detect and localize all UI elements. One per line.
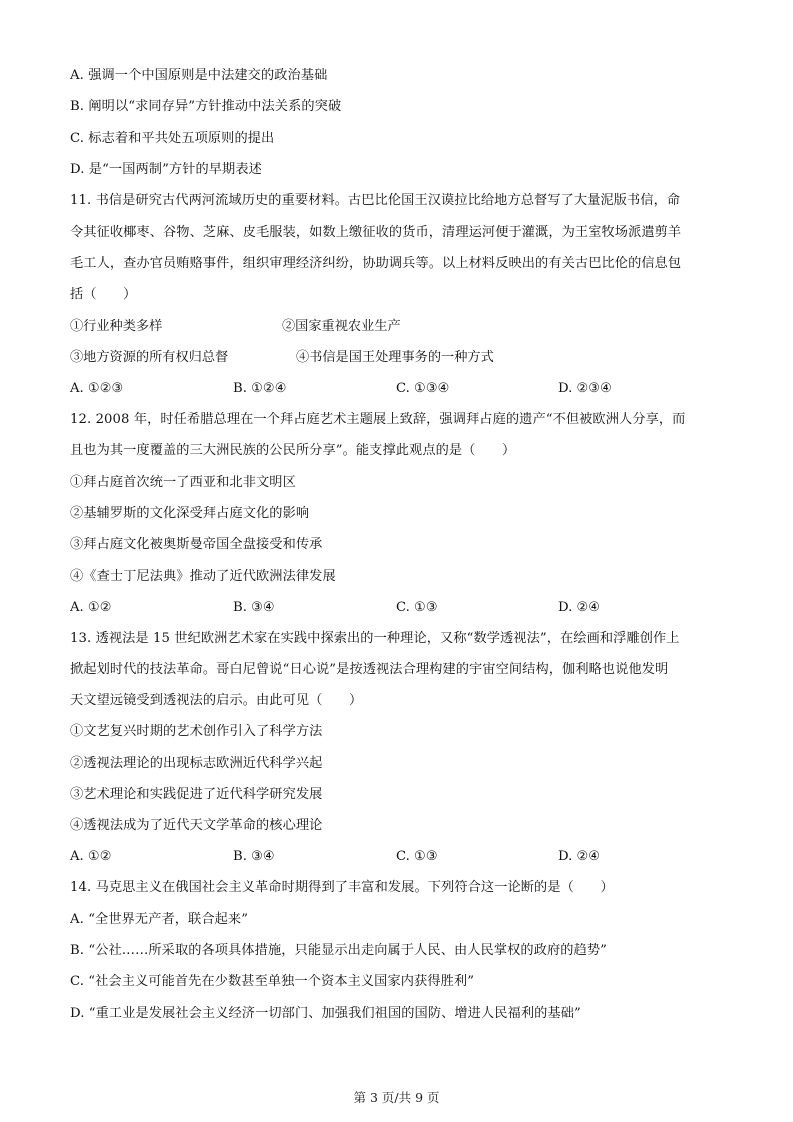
q13-choice-c: C. ①③ (396, 848, 438, 866)
q11-choice-a: A. ①②③ (70, 380, 123, 398)
q12-statement-3: ③拜占庭文化被奥斯曼帝国全盘接受和传承 (70, 536, 322, 554)
q14-option-c: C. “社会主义可能首先在少数甚至单独一个资本主义国家内获得胜利” (70, 973, 474, 991)
q14-option-b: B. “公社……所采取的各项具体措施，只能显示出走向属于人民、由人民掌权的政府的… (70, 942, 607, 960)
q13-choice-a: A. ①② (70, 848, 112, 866)
q12-stem-line-1: 12. 2008 年，时任希腊总理在一个拜占庭艺术主题展上致辞，强调拜占庭的遗产… (70, 411, 685, 429)
q13-statement-1: ①文艺复兴时期的艺术创作引入了科学方法 (70, 723, 322, 741)
q11-statement-4: ④书信是国王处理事务的一种方式 (296, 349, 494, 367)
q11-stem-line-4: 括（ ） (70, 286, 136, 304)
q11-choice-d: D. ②③④ (558, 380, 612, 398)
q11-stem-line-1: 11. 书信是研究古代两河流域历史的重要材料。古巴比伦国王汉谟拉比给地方总督写了… (70, 192, 680, 210)
q12-choice-a: A. ①② (70, 599, 112, 617)
q12-statement-1: ①拜占庭首次统一了西亚和北非文明区 (70, 474, 296, 492)
q11-statement-2: ②国家重视农业生产 (282, 318, 401, 336)
q10-option-a: A. 强调一个中国原则是中法建交的政治基础 (70, 67, 327, 85)
q11-choice-c: C. ①③④ (396, 380, 449, 398)
q13-stem-line-2: 掀起划时代的技法革命。哥白尼曾说“日心说”是按透视法合理构建的宇宙空间结构，伽利… (70, 661, 668, 679)
exam-page: A. 强调一个中国原则是中法建交的政治基础 B. 阐明以“求同存异”方针推动中法… (0, 0, 793, 1122)
q11-choice-b: B. ①②④ (233, 380, 287, 398)
q13-statement-2: ②透视法理论的出现标志欧洲近代科学兴起 (70, 755, 322, 773)
q11-stem-line-2: 令其征收椰枣、谷物、芝麻、皮毛服装，如数上缴征收的货币，清理运河便于灌溉，为王室… (70, 224, 681, 242)
q10-option-d: D. 是“一国两制”方针的早期表述 (70, 161, 262, 179)
q13-statement-3: ③艺术理论和实践促进了近代科学研究发展 (70, 786, 322, 804)
q14-option-a: A. “全世界无产者，联合起来” (70, 911, 248, 929)
q12-choice-d: D. ②④ (558, 599, 600, 617)
q13-stem-line-3: 天文望远镜受到透视法的启示。由此可见（ ） (70, 692, 362, 710)
q12-choice-b: B. ③④ (233, 599, 275, 617)
q14-stem-line-1: 14. 马克思主义在俄国社会主义革命时期得到了丰富和发展。下列符合这一论断的是（… (70, 879, 614, 897)
q11-statement-1: ①行业种类多样 (70, 318, 162, 336)
q12-stem-line-2: 且也为其一度覆盖的三大洲民族的公民所分享”。能支撑此观点的是（ ） (70, 442, 515, 460)
q10-option-b: B. 阐明以“求同存异”方针推动中法关系的突破 (70, 98, 341, 116)
q14-option-d: D. “重工业是发展社会主义经济一切部门、加强我们祖国的国防、增进人民福利的基础… (70, 1005, 581, 1023)
q11-stem-line-3: 毛工人，查办官员贿赂事件，组织审理经济纠纷，协助调兵等。以上材料反映出的有关古巴… (70, 255, 681, 273)
q12-statement-2: ②基辅罗斯的文化深受拜占庭文化的影响 (70, 505, 309, 523)
q10-option-c: C. 标志着和平共处五项原则的提出 (70, 130, 274, 148)
q12-choice-c: C. ①③ (396, 599, 438, 617)
q13-choice-b: B. ③④ (233, 848, 275, 866)
q13-stem-line-1: 13. 透视法是 15 世纪欧洲艺术家在实践中探索出的一种理论，又称“数学透视法… (70, 630, 680, 648)
q13-statement-4: ④透视法成为了近代天文学革命的核心理论 (70, 817, 322, 835)
q11-statement-3: ③地方资源的所有权归总督 (70, 349, 228, 367)
q12-statement-4: ④《查士丁尼法典》推动了近代欧洲法律发展 (70, 568, 336, 586)
q13-choice-d: D. ②④ (558, 848, 600, 866)
page-number: 第 3 页/共 9 页 (0, 1090, 793, 1106)
